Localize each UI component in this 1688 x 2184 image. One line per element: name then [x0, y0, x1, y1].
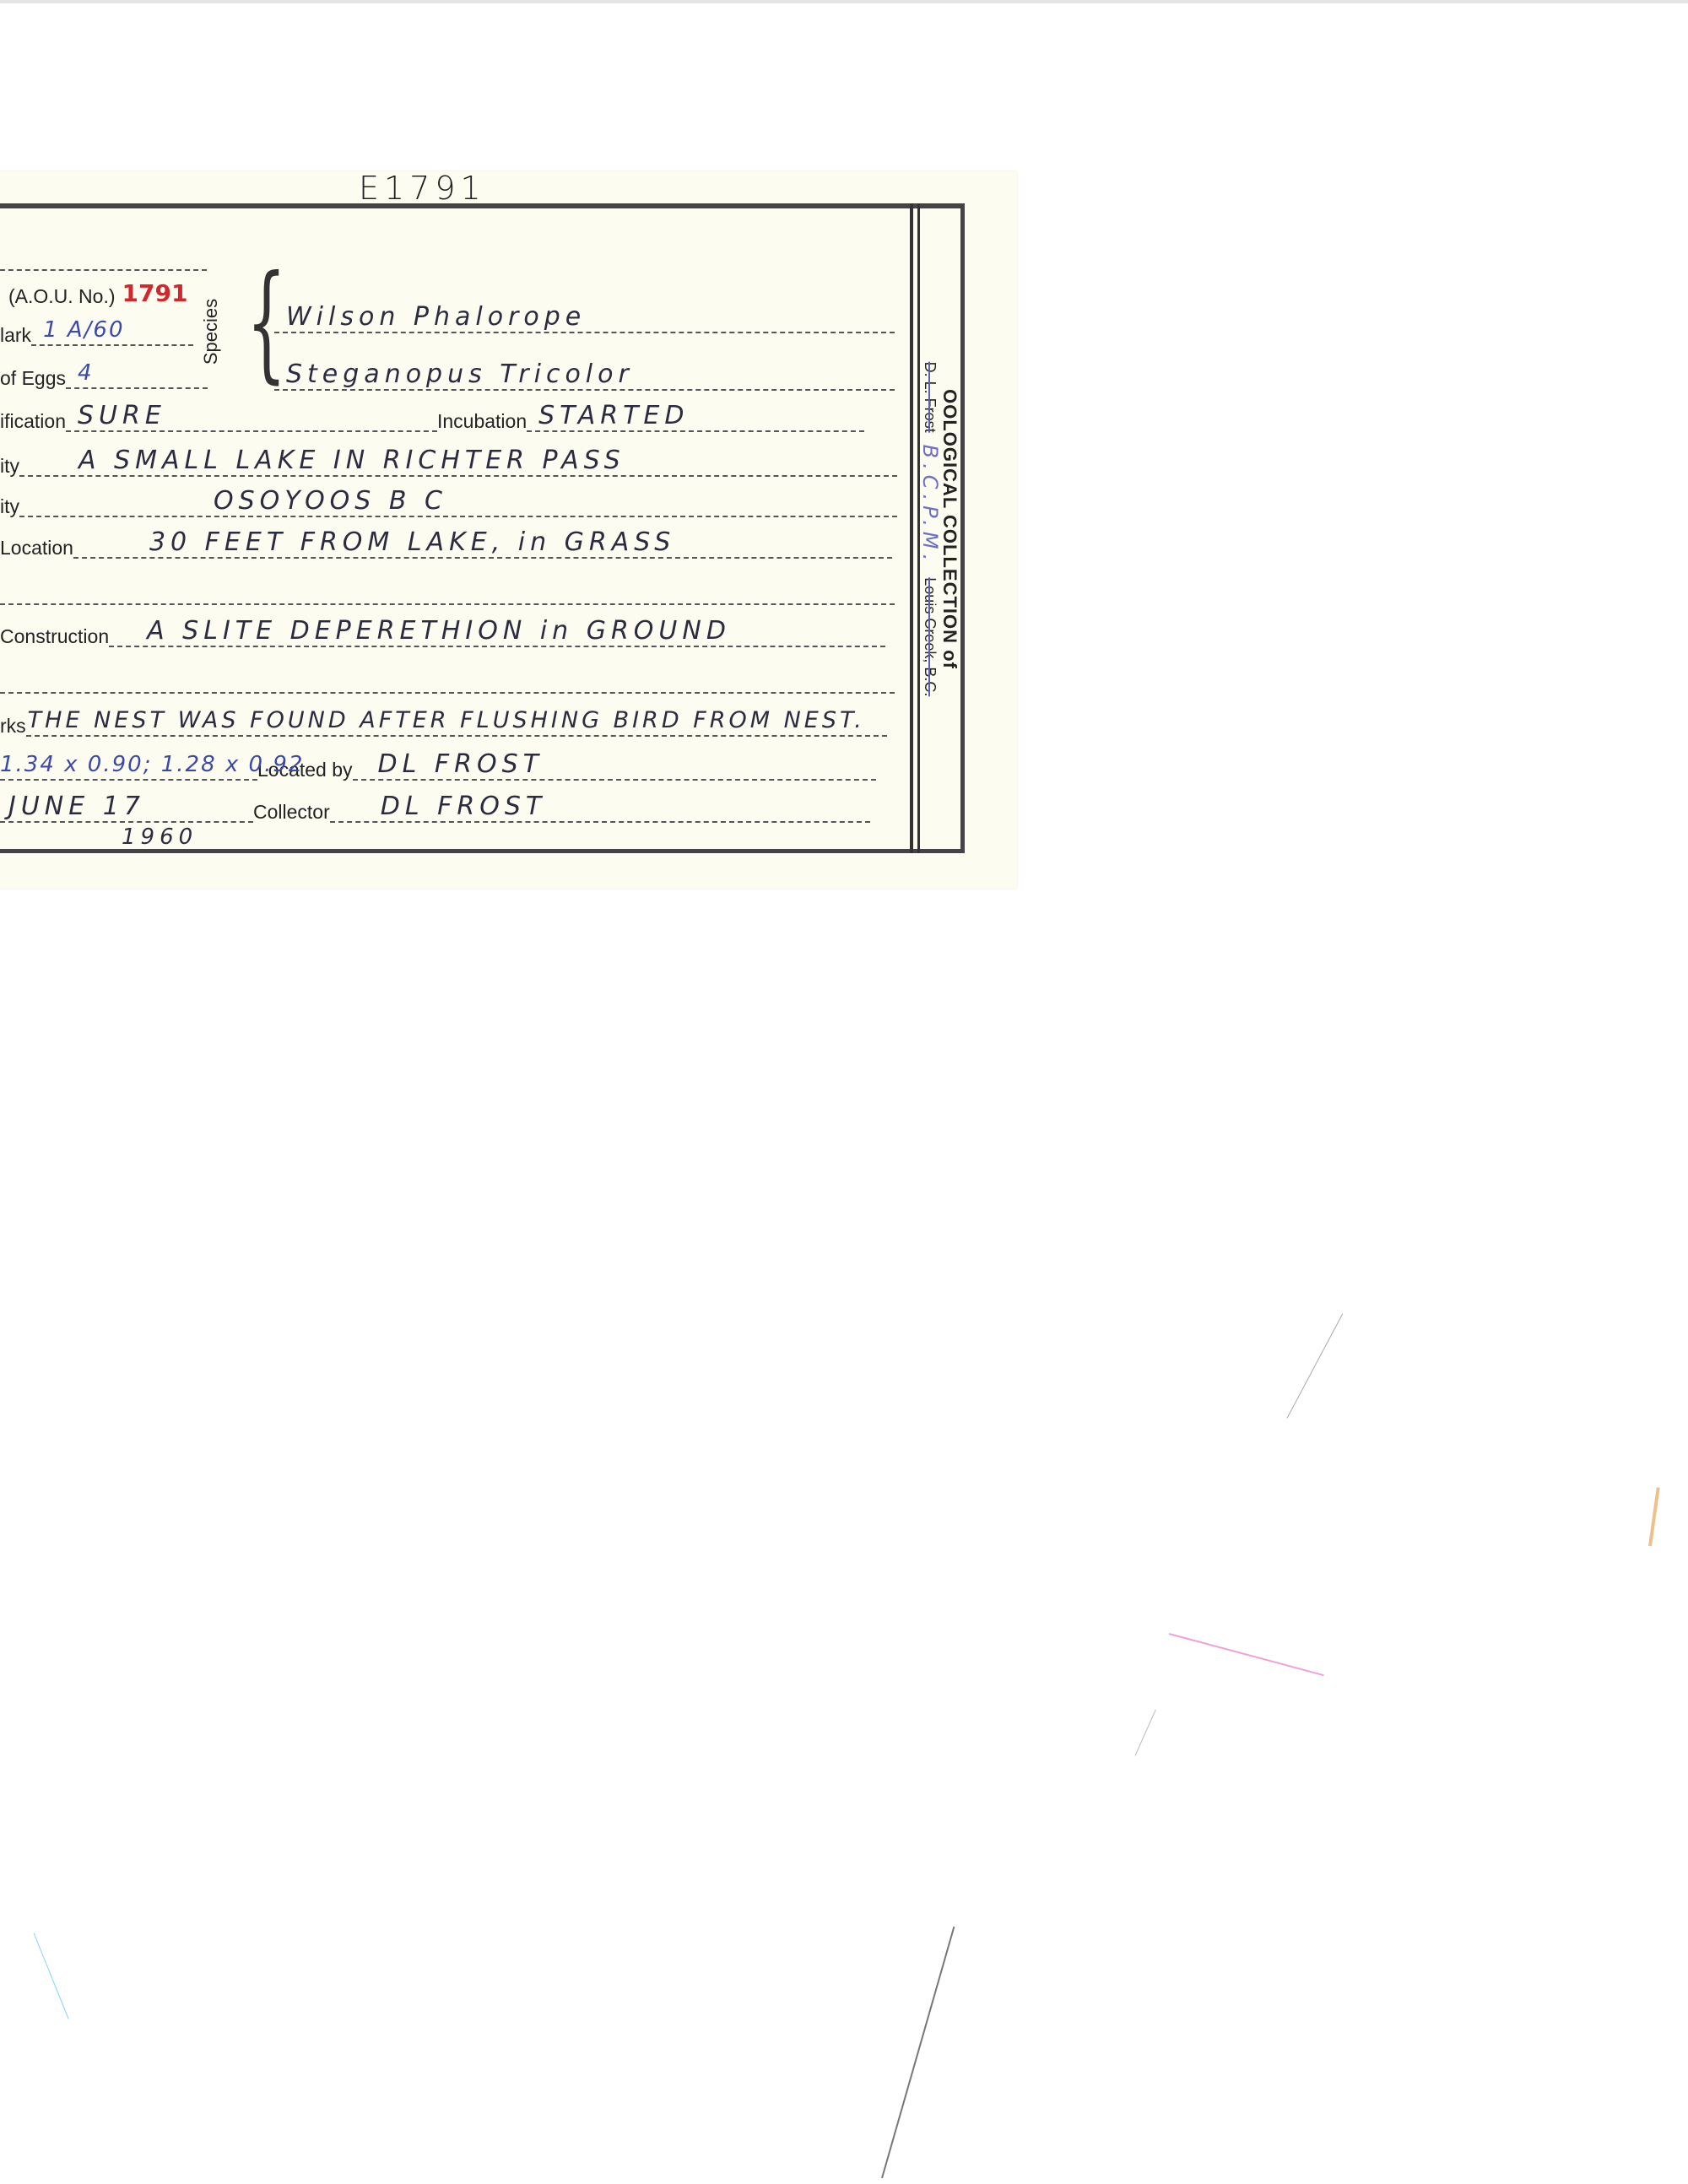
mark-label: lark	[0, 324, 31, 346]
place-struck: Louis Creek, B.C.	[921, 577, 939, 696]
scan-artifact	[1287, 1314, 1344, 1419]
incubation-label: Incubation	[437, 410, 527, 432]
collector-value: DL FROST	[330, 792, 546, 821]
nest-construction-row: Construction A SLITE DEPERETHION in GROU…	[0, 620, 885, 647]
locality-row: ity A SMALL LAKE IN RICHTER PASS	[0, 450, 897, 477]
species-scientific-row: Steganopus Tricolor	[274, 364, 895, 391]
nest-location-value: 30 FEET FROM LAKE, in GRASS	[73, 528, 675, 557]
eggs-label: of Eggs	[0, 367, 66, 389]
blank-line	[0, 603, 895, 605]
scan-artifact	[1648, 1487, 1660, 1546]
species-scientific-value: Steganopus Tricolor	[274, 360, 634, 389]
scan-artifact	[881, 1927, 955, 2179]
date-row: JUNE 17 Collector DL FROST	[0, 796, 870, 823]
locality2-row: ity OSOYOOS B C	[0, 490, 897, 517]
nest-construction-value: A SLITE DEPERETHION in GROUND	[109, 617, 731, 646]
date-year: 1960	[110, 823, 197, 851]
locality2-label: ity	[0, 495, 19, 517]
collection-side-panel: OOLOGICAL COLLECTION of D. L. Frost B.C.…	[920, 208, 960, 850]
owner-struck: D. L. Frost	[921, 362, 939, 433]
identification-value: SURE	[66, 402, 166, 430]
species-common-row: Wilson Phalorope	[274, 306, 895, 333]
card-frame-top	[0, 203, 964, 208]
catalog-id: E1791	[359, 170, 486, 207]
nest-location-label: Location	[0, 537, 73, 559]
specimen-card: E1791 (A.O.U. No.) 1791 lark 1 A/60 of E…	[0, 171, 1017, 889]
locality-value: A SMALL LAKE IN RICHTER PASS	[19, 446, 625, 475]
blank-line	[0, 269, 207, 271]
collection-title: OOLOGICAL COLLECTION of	[939, 389, 960, 669]
mark-value: 1 A/60	[31, 316, 124, 344]
locality-label: ity	[0, 455, 19, 477]
owner-annotation: B.C.P.M.	[921, 445, 939, 566]
scan-artifact	[34, 1933, 69, 2019]
species-common-value: Wilson Phalorope	[274, 303, 586, 332]
aou-value: 1791	[122, 279, 188, 307]
card-frame-right	[960, 203, 965, 853]
eggs-row: of Eggs 4	[0, 362, 208, 389]
located-by-value: DL FROST	[353, 750, 544, 779]
remarks-value: THE NEST WAS FOUND AFTER FLUSHING BIRD F…	[26, 706, 865, 735]
blank-line	[0, 692, 895, 694]
mark-row: lark 1 A/60	[0, 319, 193, 346]
identification-row: ification SURE Incubation STARTED	[0, 405, 864, 432]
measurements-row: 1.34 x 0.90; 1.28 x 0.92 Located by DL F…	[0, 754, 876, 781]
measurements-value: 1.34 x 0.90; 1.28 x 0.92	[0, 750, 304, 779]
species-label: Species	[198, 281, 224, 382]
scan-artifact	[1169, 1633, 1324, 1676]
nest-construction-label: Construction	[0, 625, 109, 647]
scan-artifact	[1135, 1709, 1156, 1755]
aou-row: (A.O.U. No.) 1791	[8, 279, 187, 307]
identification-label: ification	[0, 410, 66, 432]
remarks-row: rks THE NEST WAS FOUND AFTER FLUSHING BI…	[0, 710, 887, 737]
aou-label: (A.O.U. No.)	[8, 285, 116, 307]
locality2-value: OSOYOOS B C	[19, 487, 447, 516]
scan-edge	[0, 0, 1688, 3]
date-value: JUNE 17	[0, 792, 145, 821]
remarks-label: rks	[0, 715, 26, 737]
incubation-value: STARTED	[527, 402, 689, 430]
card-frame-divider	[910, 203, 913, 853]
nest-location-row: Location 30 FEET FROM LAKE, in GRASS	[0, 532, 892, 559]
collector-label: Collector	[253, 801, 330, 823]
eggs-value: 4	[66, 359, 94, 387]
